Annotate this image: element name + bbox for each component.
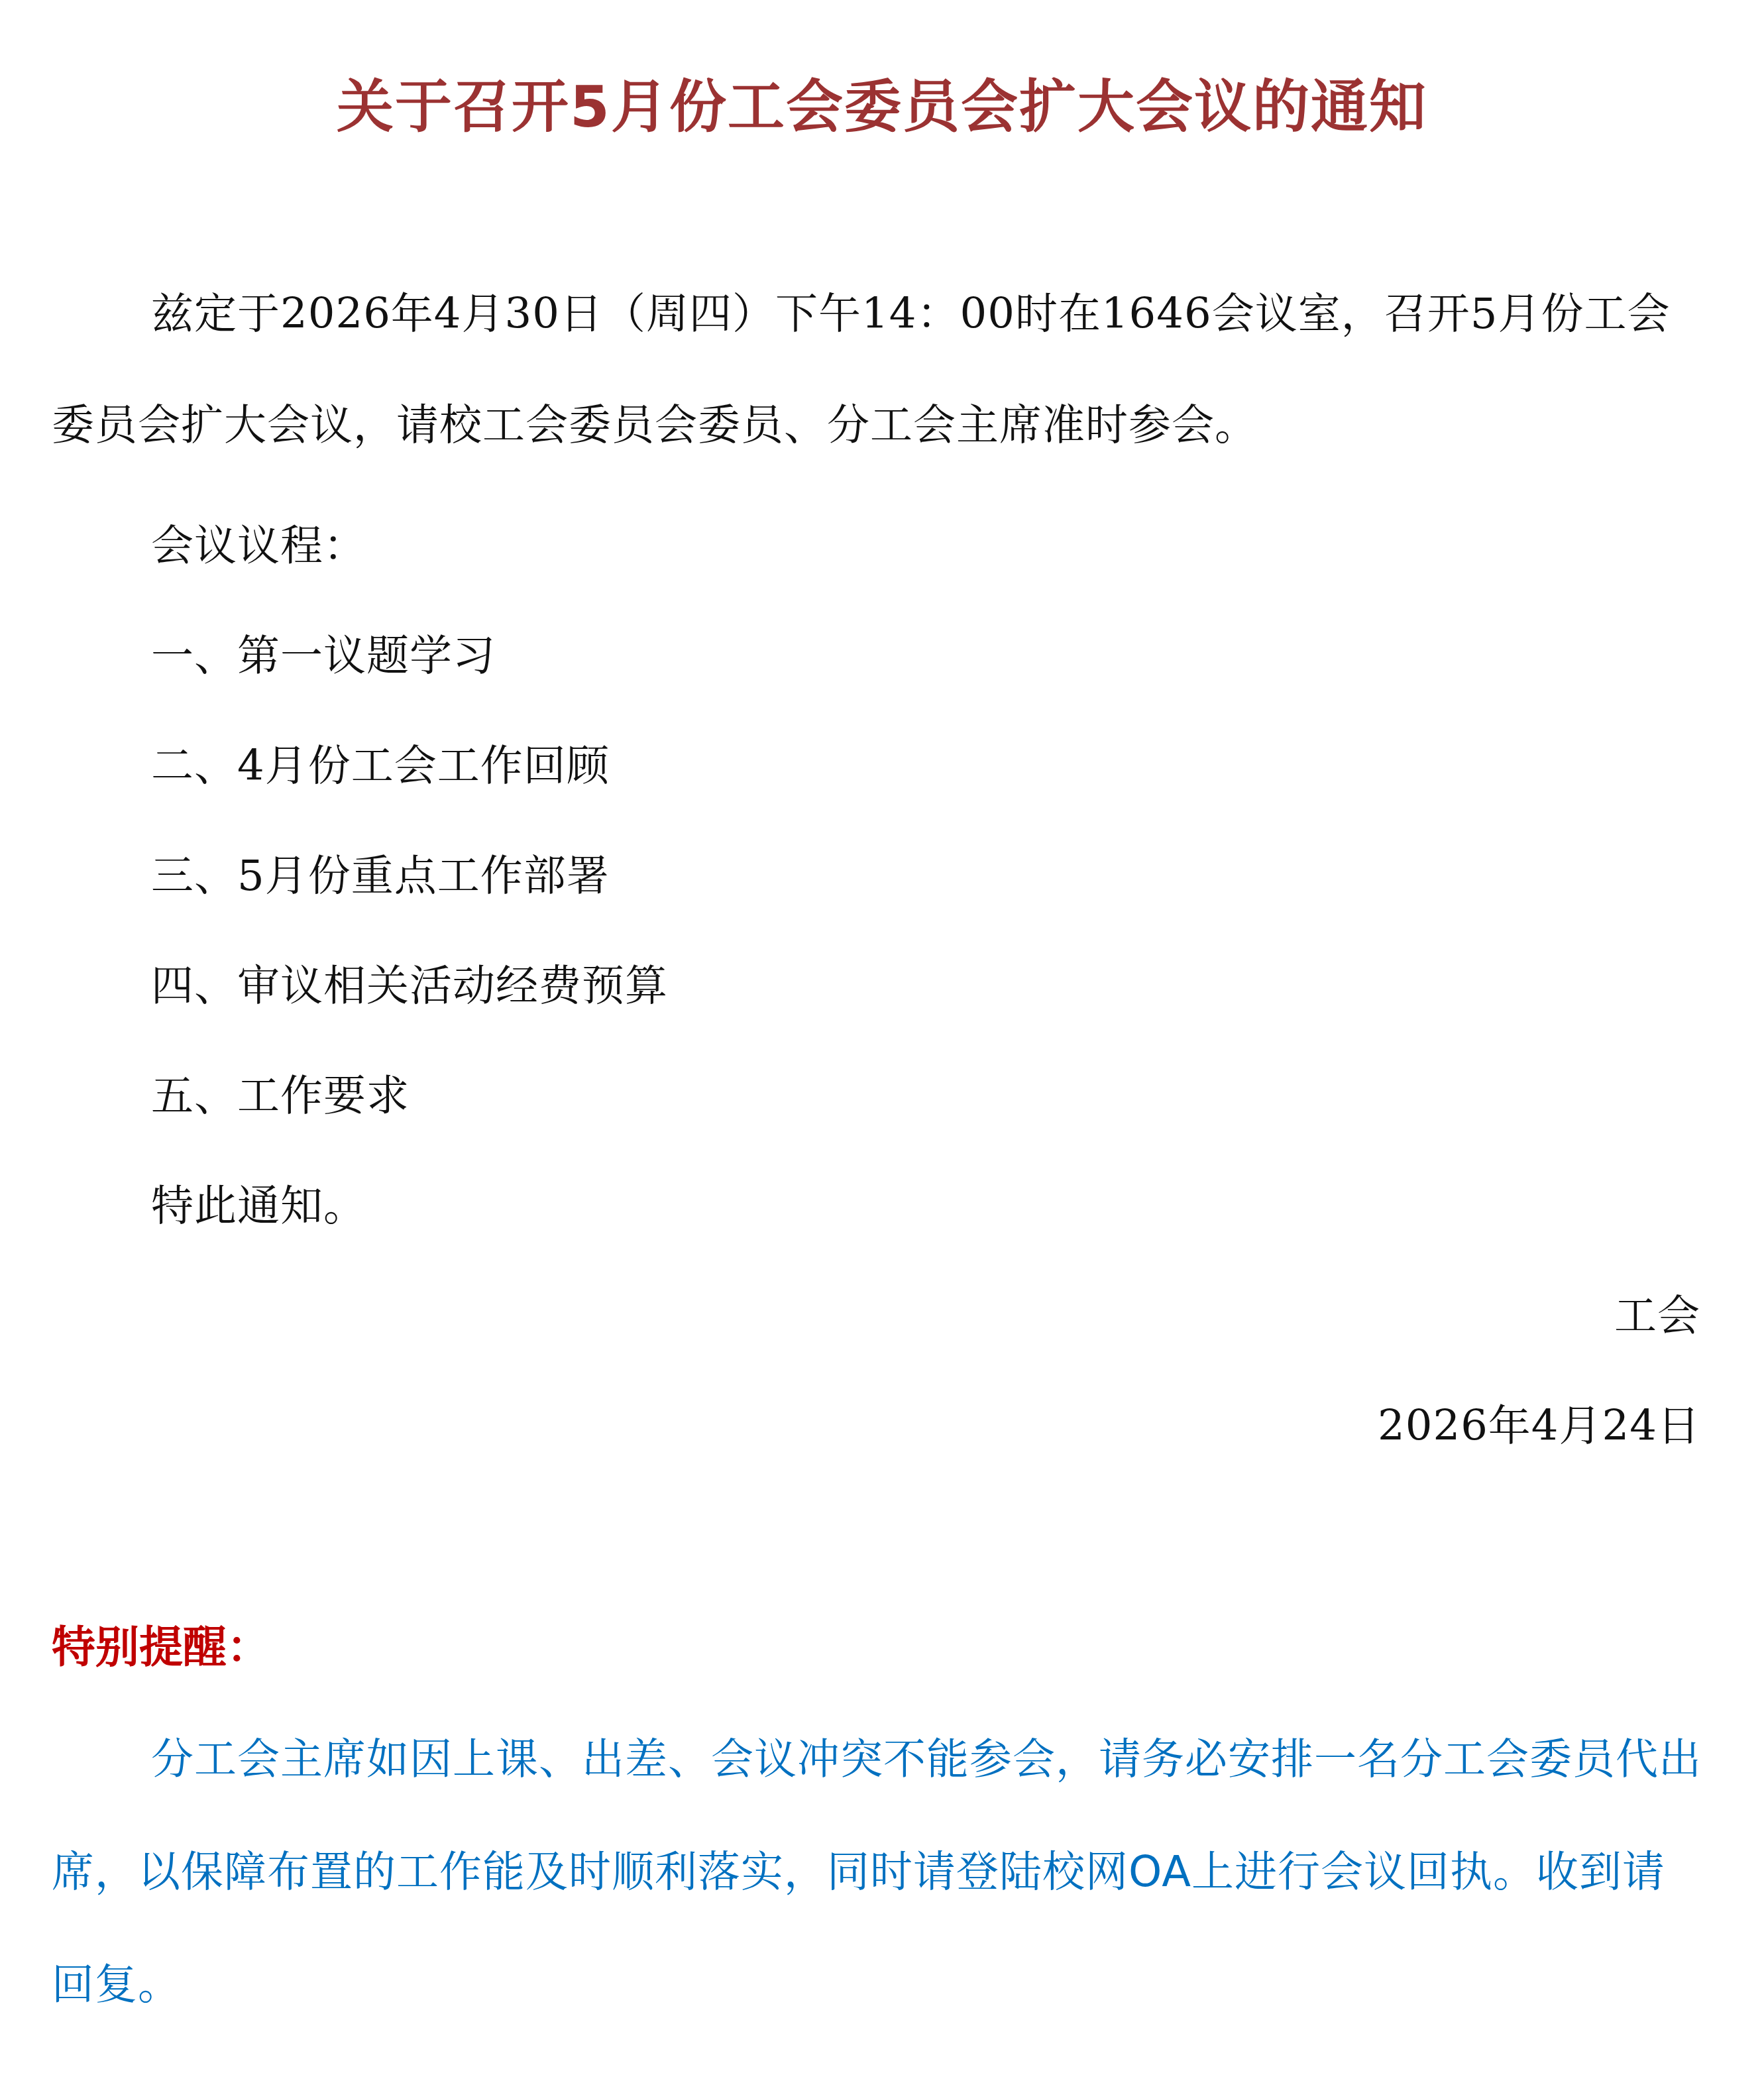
closing-text: 特此通知。 bbox=[151, 1172, 366, 1233]
agenda-heading: 会议议程： bbox=[151, 512, 366, 573]
agenda-item: 二、4月份工会工作回顾 bbox=[151, 732, 610, 793]
reminder-title: 特别提醒： bbox=[52, 1612, 270, 1675]
signature-org: 工会 bbox=[1614, 1282, 1700, 1343]
agenda-item: 一、第一议题学习 bbox=[151, 622, 496, 683]
reminder-body: 分工会主席如因上课、出差、会议冲突不能参会，请务必安排一名分工会委员代出席，以保… bbox=[52, 1703, 1708, 2041]
notice-title: 关于召开5月份工会委员会扩大会议的通知 bbox=[0, 61, 1764, 143]
notice-body: 兹定于2026年4月30日（周四）下午14：00时在1646会议室，召开5月份工… bbox=[52, 258, 1702, 481]
signature-date: 2026年4月24日 bbox=[1378, 1392, 1700, 1453]
agenda-item: 四、审议相关活动经费预算 bbox=[151, 952, 668, 1013]
agenda-item: 三、5月份重点工作部署 bbox=[151, 842, 610, 903]
agenda-item: 五、工作要求 bbox=[151, 1062, 410, 1123]
